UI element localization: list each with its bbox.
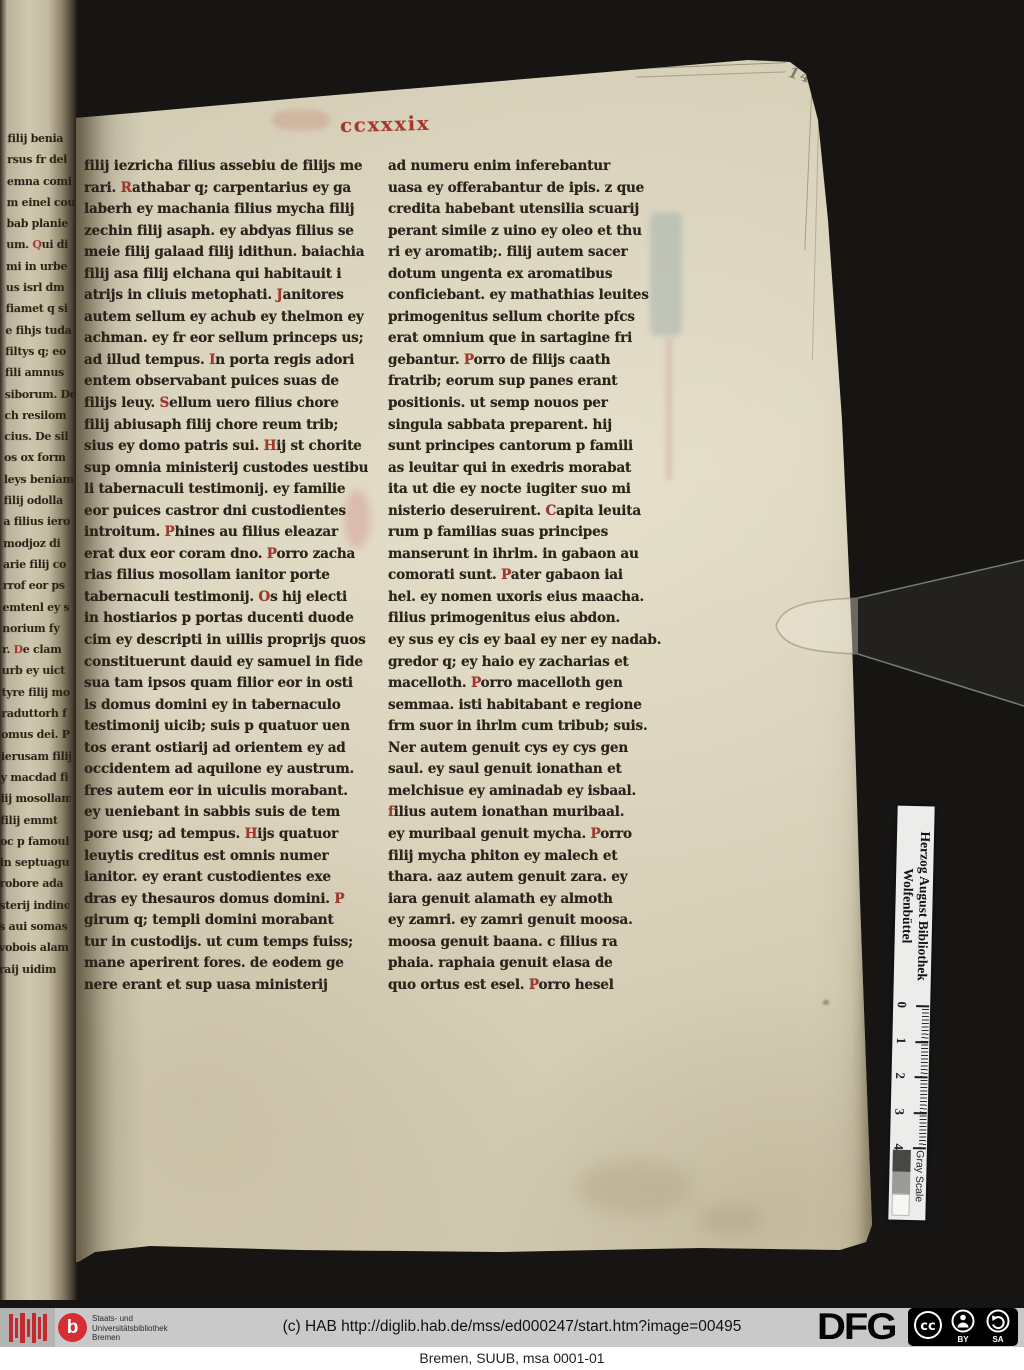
manuscript-line: semmaa. isti habitabant e regione — [388, 697, 704, 719]
manuscript-line: manserunt in ihrlm. in gabaon au — [388, 546, 704, 568]
by-person-head — [960, 1315, 966, 1321]
manuscript-line: robore ada — [0, 877, 70, 899]
cc-license-icons: cc BY SA — [908, 1308, 1018, 1346]
ruler-tick — [915, 1076, 928, 1078]
manuscript-line: iara genuit alamath ey almoth — [388, 891, 704, 913]
manuscript-line: filij iezricha filius assebiu de filijs … — [84, 158, 384, 180]
manuscript-line: filtys q; eo — [5, 345, 75, 367]
manuscript-line: tur in custodijs. ut cum temps fuiss; — [84, 934, 384, 956]
manuscript-line: mi in urbe — [6, 260, 76, 282]
manuscript-line: rum p familias suas principes — [388, 524, 704, 546]
manuscript-line: nisterio deseruirent. Capita leuita — [388, 503, 704, 525]
manuscript-line: filijs leuy. Sellum uero filius chore — [84, 395, 384, 417]
manuscript-line: sup omnia ministerij custodes uestibu — [84, 460, 384, 482]
manuscript-line: primogenitus sellum chorite pfcs — [388, 309, 704, 331]
manuscript-line: sunt principes cantorum p famili — [388, 438, 704, 460]
manuscript-line: moosa genuit baana. c filius ra — [388, 934, 704, 956]
manuscript-line: entem observabant puices suas de — [84, 373, 384, 395]
manuscript-line: filij asa filij elchana qui habitauit i — [84, 266, 384, 288]
manuscript-line: filij emmt — [0, 813, 70, 835]
ruler-scale: 01234 — [898, 806, 935, 807]
manuscript-line: fili amnus — [5, 366, 75, 388]
manuscript-line: leys beniam — [4, 473, 74, 495]
manuscript-line: arie filij co — [3, 558, 73, 580]
manuscript-line: ad illud tempus. In porta regis adori — [84, 352, 384, 374]
manuscript-line: bab planie — [6, 217, 76, 239]
ruler-tick — [913, 1147, 926, 1149]
manuscript-line: sterij indino — [0, 899, 69, 921]
manuscript-line: rrof eor ps — [3, 579, 73, 601]
manuscript-line: s aui somas — [0, 920, 69, 942]
manuscript-line: sius ey domo patris sui. Hij st chorite — [84, 438, 384, 460]
manuscript-line: y macdad fi — [1, 771, 71, 793]
manuscript-line: filij odolla — [3, 494, 73, 516]
manuscript-line: fratrib; eorum sup panes erant — [388, 373, 704, 395]
manuscript-line: Ner autem genuit cys ey cys gen — [388, 740, 704, 762]
manuscript-line: constituerunt dauid ey samuel in fide — [84, 654, 384, 676]
manuscript-line: uasa ey offerabantur de ipis. z que — [388, 180, 704, 202]
manuscript-line: filius primogenitus eius abdon. — [388, 610, 704, 632]
manuscript-line: rari. Rathabar q; carpentarius ey ga — [84, 180, 384, 202]
manuscript-line: filius autem ionathan muribaal. — [388, 804, 704, 826]
manuscript-line: credita habebant utensilia scuarij — [388, 201, 704, 223]
manuscript-line: conficiebant. ey mathathias leuites — [388, 287, 704, 309]
manuscript-line: is domus domini ey in tabernaculo — [84, 697, 384, 719]
grayscale-ruler: Herzog August Bibliothek Wolfenbüttel 01… — [888, 806, 934, 1221]
manuscript-line: ri ey aromatib;. filij autem sacer — [388, 244, 704, 266]
manuscript-line: fiamet q si — [5, 302, 75, 324]
facing-page-edge: filij beniarsus fr delemna comim einel c… — [0, 0, 78, 1300]
cc-license-badge: cc BY SA — [908, 1308, 1018, 1346]
manuscript-line: ita ut die ey nocte iugiter suo mi — [388, 481, 704, 503]
manuscript-line: achman. ey fr eor sellum princeps us; — [84, 330, 384, 352]
manuscript-line: thara. aaz autem genuit zara. ey — [388, 869, 704, 891]
manuscript-line: cim ey descripti in uillis proprijs quos — [84, 632, 384, 654]
manuscript-line: a filius iero — [3, 515, 73, 537]
manuscript-line: emna comi — [7, 174, 77, 196]
by-person-icon — [953, 1311, 974, 1332]
manuscript-line: erat omnium que in sartagine fri — [388, 330, 704, 352]
manuscript-line: dotum ungenta ex aromatibus — [388, 266, 704, 288]
manuscript-line: norium fy — [2, 622, 72, 644]
manuscript-line: girum q; templi domini morabant — [84, 912, 384, 934]
manuscript-line: rias filius mosollam ianitor porte — [84, 567, 384, 589]
dfg-logo: DFG — [817, 1309, 895, 1346]
manuscript-line: dras ey thesauros domus domini. P — [84, 891, 384, 913]
manuscript-line: sua tam ipsos quam filior eor in osti — [84, 675, 384, 697]
manuscript-line: ey sus ey cis ey baal ey ner ey nadab. — [388, 632, 704, 654]
manuscript-right-column: ad numeru enim inferebanturuasa ey offer… — [388, 158, 704, 1028]
manuscript-left-column: filij iezricha filius assebiu de filijs … — [84, 158, 384, 1028]
manuscript-line: filij benia — [7, 132, 77, 154]
manuscript-line: lij mosollam — [0, 792, 70, 814]
manuscript-line: in hostiarios p portas ducenti duode — [84, 610, 384, 632]
digitized-manuscript-view: filij beniarsus fr delemna comim einel c… — [0, 0, 1024, 1370]
ruler-tick — [915, 1041, 928, 1043]
by-label: BY — [957, 1335, 969, 1344]
footer-bar: b Staats- und Universitätsbibliothek Bre… — [0, 1308, 1024, 1347]
sa-label: SA — [992, 1335, 1003, 1344]
manuscript-line: gredor q; ey haio ey zacharias et — [388, 654, 704, 676]
manuscript-line: phaia. raphaia genuit elasa de — [388, 955, 704, 977]
manuscript-line: vobois alam — [0, 941, 69, 963]
manuscript-line: occidentem ad aquilone ey austrum. — [84, 761, 384, 783]
facing-page-text-fragments: filij beniarsus fr delemna comim einel c… — [0, 132, 77, 984]
manuscript-line: us isrl dm — [6, 281, 76, 303]
manuscript-line: positionis. ut semp nouos per — [388, 395, 704, 417]
parchment-stain — [164, 40, 206, 72]
institution-name: Herzog August Bibliothek — [913, 808, 933, 1004]
manuscript-line: meie filij galaad filij idithun. baiachi… — [84, 244, 384, 266]
shelfmark-text: Bremen, SUUB, msa 0001-01 — [0, 1350, 1024, 1366]
manuscript-line: cius. De sil — [4, 430, 74, 452]
manuscript-line: oc p famoul — [0, 835, 70, 857]
manuscript-line: raij uidim — [0, 962, 69, 984]
manuscript-line: atrijs in cliuis metophati. Janitores — [84, 287, 384, 309]
manuscript-line: autem sellum ey achub ey thelmon ey — [84, 309, 384, 331]
manuscript-line: laberh ey machania filius mycha filij — [84, 201, 384, 223]
manuscript-line: comorati sunt. Pater gabaon iai — [388, 567, 704, 589]
manuscript-line: ey ueniebant in sabbis suis de tem — [84, 804, 384, 826]
manuscript-line: in septuagu — [0, 856, 70, 878]
manuscript-line: tabernaculi testimonij. Os hij electi — [84, 589, 384, 611]
manuscript-line: singula sabbata preparent. hij — [388, 417, 704, 439]
ruler-tick — [914, 1112, 927, 1114]
manuscript-line: ad numeru enim inferebantur — [388, 158, 704, 180]
manuscript-line: quo ortus est esel. Porro hesel — [388, 977, 704, 999]
institution-label: Herzog August Bibliothek Wolfenbüttel — [893, 808, 933, 1005]
manuscript-line: emtenl ey s — [2, 600, 72, 622]
manuscript-line: introitum. Phines au filius eleazar — [84, 524, 384, 546]
manuscript-line: os ox form — [4, 451, 74, 473]
manuscript-line: filij mycha phiton ey malech et — [388, 848, 704, 870]
manuscript-line: eor puices castror dni custodientes — [84, 503, 384, 525]
manuscript-line: ey zamri. ey zamri genuit moosa. — [388, 912, 704, 934]
manuscript-line: ey muribaal genuit mycha. Porro — [388, 826, 704, 848]
manuscript-line: raduttorh f — [1, 707, 71, 729]
manuscript-line: urb ey uict — [2, 664, 72, 686]
ruler-tick-label: 0 — [894, 997, 910, 1012]
manuscript-line: tyre filij mo — [1, 686, 71, 708]
manuscript-line: tos erant ostiarij ad orientem ey ad — [84, 740, 384, 762]
grayscale-patch-mid — [892, 1172, 910, 1194]
manuscript-line: modjoz di — [3, 537, 73, 559]
manuscript-line: r. De clam — [2, 643, 72, 665]
manuscript-line: macelloth. Porro macelloth gen — [388, 675, 704, 697]
ruler-tick — [916, 1005, 929, 1007]
manuscript-line: gebantur. Porro de filijs caath — [388, 352, 704, 374]
by-person-body — [958, 1323, 969, 1328]
rubric-page-heading: ccxxxix — [340, 111, 431, 137]
grayscale-patch-dark — [892, 1150, 910, 1172]
manuscript-line: as leuitar qui in exedris morabat — [388, 460, 704, 482]
manuscript-line: rsus fr del — [7, 153, 77, 175]
ruler-tick-label: 3 — [891, 1104, 907, 1119]
manuscript-line: leuytis creditus est omnis numer — [84, 848, 384, 870]
manuscript-line: ierusam filij — [1, 749, 71, 771]
manuscript-line: pore usq; ad tempus. Hijs quatuor — [84, 826, 384, 848]
manuscript-line: frm suor in ihrlm cum tribub; suis. — [388, 718, 704, 740]
manuscript-line: li tabernaculi testimonij. ey familie — [84, 481, 384, 503]
grayscale-patch-light — [891, 1194, 909, 1216]
manuscript-line: erat dux eor coram dno. Porro zacha — [84, 546, 384, 568]
manuscript-line: saul. ey saul genuit ionathan et — [388, 761, 704, 783]
manuscript-line: omus dei. P — [1, 728, 71, 750]
manuscript-line: e fihjs tuda — [5, 324, 75, 346]
manuscript-line: filij abiusaph filij chore reum trib; — [84, 417, 384, 439]
grayscale-label: Gray Scale — [908, 1150, 926, 1220]
manuscript-line: siborum. De — [5, 387, 75, 409]
manuscript-line: melchisue ey aminadab ey isbaal. — [388, 783, 704, 805]
manuscript-line: um. Qui di — [6, 238, 76, 260]
manuscript-line: m einel cou — [7, 196, 77, 218]
manuscript-line: testimonij uicib; suis p quatuor uen — [84, 718, 384, 740]
manuscript-page: ccxxxix 147 filij iezricha filius assebi… — [76, 0, 872, 1370]
footer-caption-band: Bremen, SUUB, msa 0001-01 — [0, 1347, 1024, 1370]
manuscript-line: ianitor. ey erant custodientes exe — [84, 869, 384, 891]
manuscript-line: perant simile z uino ey oleo et thu — [388, 223, 704, 245]
manuscript-line: mane aperirent fores. de eodem ge — [84, 955, 384, 977]
manuscript-line: fres autem eor in uiculis morabant. — [84, 783, 384, 805]
manuscript-line: nere erant et sup uasa ministerij — [84, 977, 384, 999]
manuscript-line: hel. ey nomen uxoris eius maacha. — [388, 589, 704, 611]
manuscript-line: zechin filij asaph. ey abdyas filius se — [84, 223, 384, 245]
cc-icon-label: cc — [920, 1319, 935, 1334]
manuscript-line: ch resilom — [4, 409, 74, 431]
ruler-tick-label: 1 — [893, 1033, 909, 1048]
ruler-tick-label: 2 — [892, 1068, 908, 1083]
